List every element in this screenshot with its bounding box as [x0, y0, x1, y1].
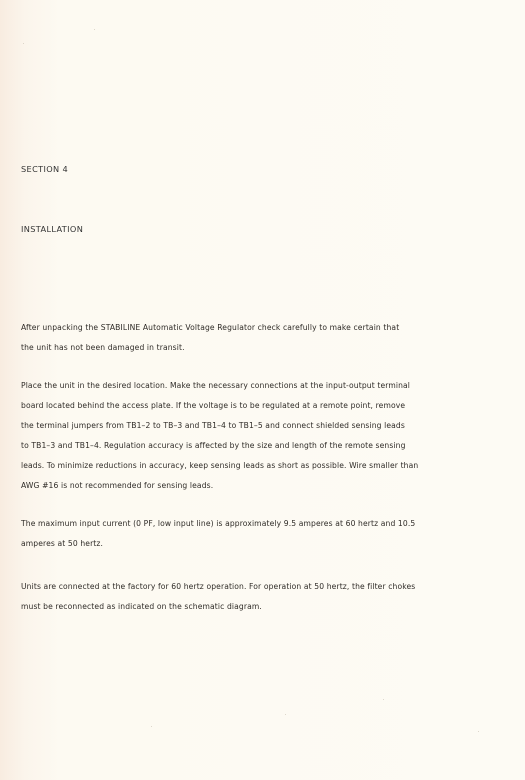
paragraph-line: The maximum input current (0 PF, low inp…	[21, 514, 501, 534]
paragraph-line: to TB1–3 and TB1–4. Regulation accuracy …	[21, 436, 501, 456]
paragraph-unpacking: After unpacking the STABILINE Automatic …	[21, 318, 501, 358]
paper-speck	[151, 726, 152, 727]
paragraph-line: After unpacking the STABILINE Automatic …	[21, 318, 501, 338]
paragraph-line: AWG #16 is not recommended for sensing l…	[21, 476, 501, 496]
paragraph-frequency-operation: Units are connected at the factory for 6…	[21, 577, 501, 617]
paragraph-line: board located behind the access plate. I…	[21, 396, 501, 416]
paragraph-line: amperes at 50 hertz.	[21, 534, 501, 554]
paragraph-line: Units are connected at the factory for 6…	[21, 577, 501, 597]
paper-speck	[285, 714, 286, 715]
paper-speck	[383, 699, 384, 700]
paragraph-line: the unit has not been damaged in transit…	[21, 338, 501, 358]
section-number: SECTION 4	[21, 164, 68, 174]
paragraph-line: the terminal jumpers from TB1–2 to TB–3 …	[21, 416, 501, 436]
paragraph-line: Place the unit in the desired location. …	[21, 376, 501, 396]
paper-speck	[23, 43, 24, 44]
paper-speck	[94, 29, 95, 30]
section-title: INSTALLATION	[21, 224, 83, 234]
document-page: SECTION 4 INSTALLATION After unpacking t…	[0, 0, 525, 780]
paragraph-input-current: The maximum input current (0 PF, low inp…	[21, 514, 501, 554]
paragraph-line: must be reconnected as indicated on the …	[21, 597, 501, 617]
paragraph-line: leads. To minimize reductions in accurac…	[21, 456, 501, 476]
paper-speck	[478, 731, 479, 732]
paragraph-connections: Place the unit in the desired location. …	[21, 376, 501, 496]
